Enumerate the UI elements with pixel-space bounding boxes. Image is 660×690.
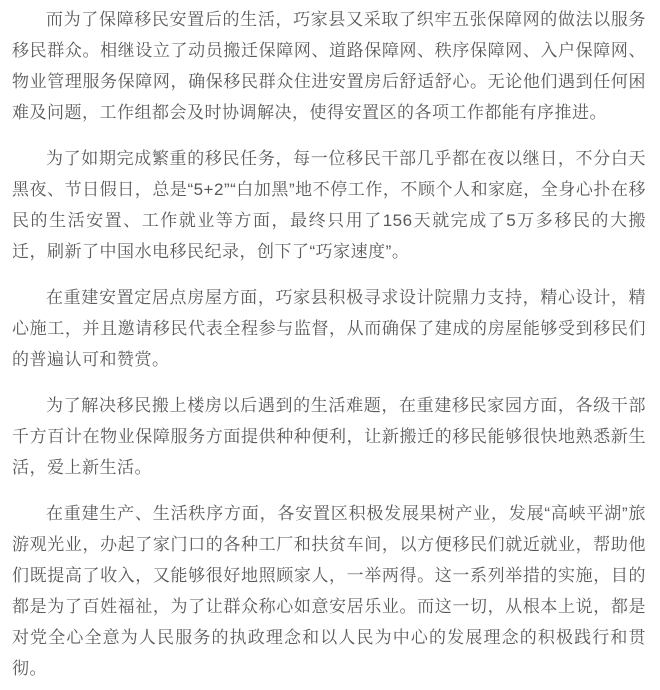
- article-body: 而为了保障移民安置后的生活，巧家县又采取了织牢五张保障网的做法以服务移民群众。相…: [0, 0, 660, 684]
- paragraph-2: 为了如期完成繁重的移民任务，每一位移民干部几乎都在夜以继日，不分白天黑夜、节日假…: [12, 143, 646, 267]
- paragraph-5: 在重建生产、生活秩序方面，各安置区积极发展果树产业，发展“高峡平湖”旅游观光业，…: [12, 498, 646, 684]
- paragraph-1: 而为了保障移民安置后的生活，巧家县又采取了织牢五张保障网的做法以服务移民群众。相…: [12, 4, 646, 128]
- paragraph-3: 在重建安置定居点房屋方面，巧家县积极寻求设计院鼎力支持，精心设计，精心施工，并且…: [12, 282, 646, 375]
- paragraph-4: 为了解决移民搬上楼房以后遇到的生活难题，在重建移民家园方面，各级干部千方百计在物…: [12, 390, 646, 483]
